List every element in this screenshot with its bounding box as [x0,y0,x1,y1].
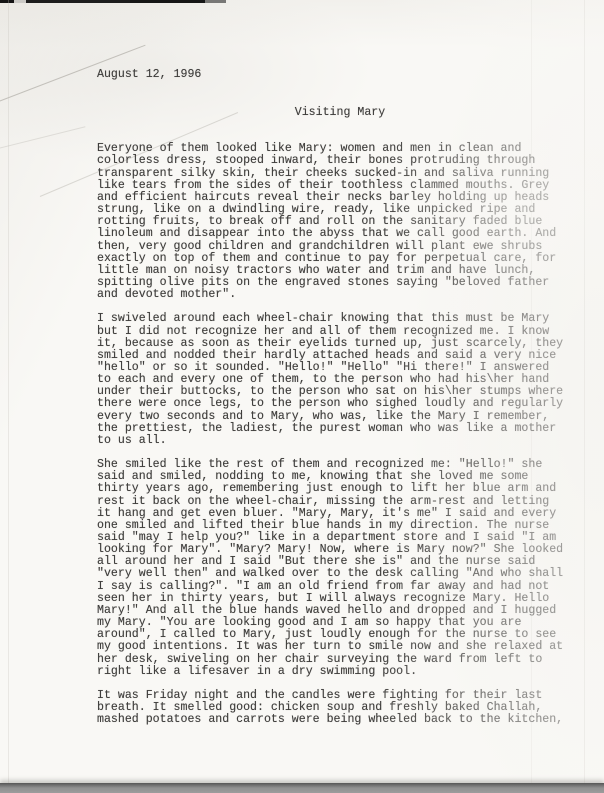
letter-paragraph-1: Everyone of them looked like Mary: women… [97,143,577,301]
letter-paragraph-3: She smiled like the rest of them and rec… [97,459,577,678]
letter-title: Visiting Mary [97,107,577,119]
letter-paragraph-4: It was Friday night and the candles were… [97,690,577,726]
scan-edge-artifact-top [0,0,234,3]
scan-streak-line [8,0,9,783]
letter-date: August 12, 1996 [97,69,577,81]
paper-crease-mark [0,126,85,149]
letter-body: August 12, 1996 Visiting Mary Everyone o… [97,69,577,738]
scanned-letter-page: August 12, 1996 Visiting Mary Everyone o… [0,0,604,793]
scan-edge-artifact-bottom [0,783,604,793]
scan-streak-line [584,0,585,783]
letter-paragraph-2: I swiveled around each wheel-chair knowi… [97,313,577,447]
